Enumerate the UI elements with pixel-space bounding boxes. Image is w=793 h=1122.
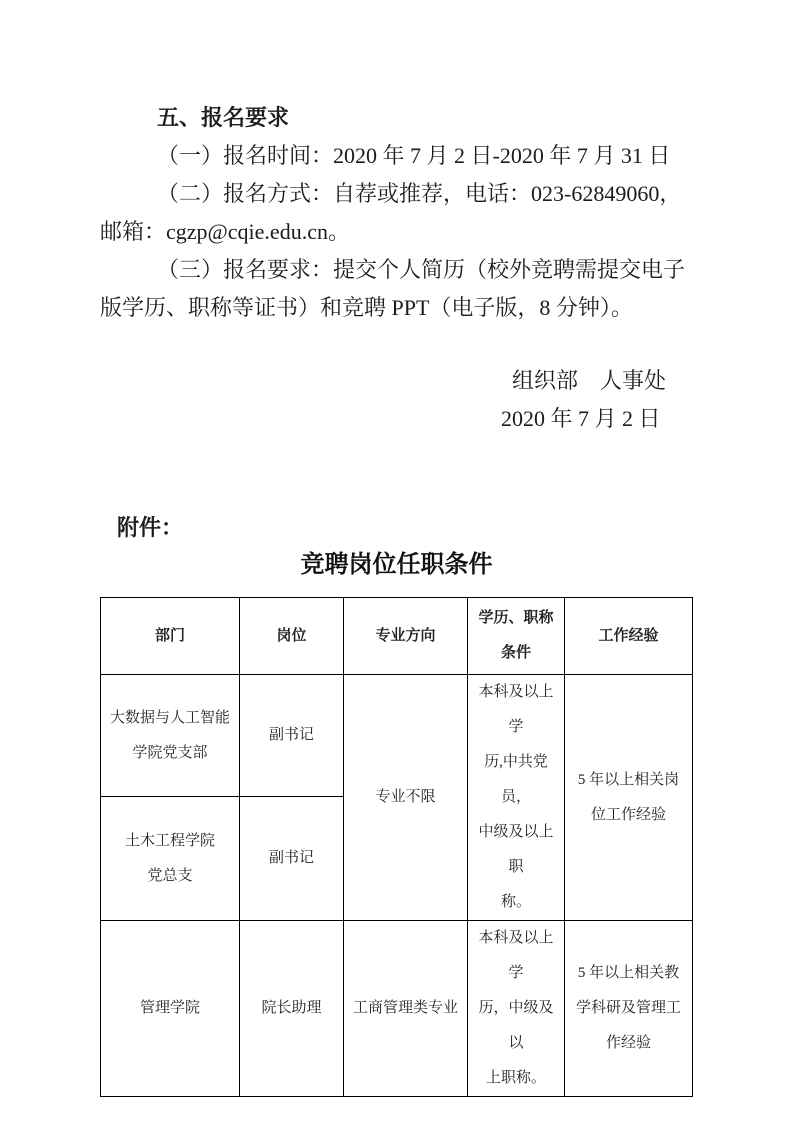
cell-department-2: 土木工程学院 党总支	[101, 797, 240, 921]
document-page: 五、报名要求 （一）报名时间：2020 年 7 月 2 日-2020 年 7 月…	[0, 0, 793, 1122]
signature-date: 2020 年 7 月 2 日	[501, 400, 661, 438]
cell-experience-merged: 5 年以上相关岗 位工作经验	[565, 675, 693, 921]
cell-qualification-merged: 本科及以上学 历,中共党员， 中级及以上职 称。	[468, 675, 565, 921]
cell-qualification-3: 本科及以上学 历，中级及以 上职称。	[468, 921, 565, 1097]
body-text: 五、报名要求 （一）报名时间：2020 年 7 月 2 日-2020 年 7 月…	[100, 99, 694, 327]
paragraph-line-2: （二）报名方式：自荐或推荐，电话：023-62849060，	[100, 175, 694, 213]
table-header-row: 部门 岗位 专业方向 学历、职称 条件 工作经验	[101, 598, 693, 675]
table-row: 大数据与人工智能 学院党支部 副书记 专业不限 本科及以上学 历,中共党员， 中…	[101, 675, 693, 797]
cell-department-3: 管理学院	[101, 921, 240, 1097]
cell-major-3: 工商管理类专业	[344, 921, 468, 1097]
section-heading: 五、报名要求	[100, 99, 694, 137]
table-row: 管理学院 院长助理 工商管理类专业 本科及以上学 历，中级及以 上职称。 5 年…	[101, 921, 693, 1097]
signature-department: 组织部 人事处	[512, 362, 666, 400]
paragraph-line-1: （一）报名时间：2020 年 7 月 2 日-2020 年 7 月 31 日	[100, 137, 694, 175]
attachment-label: 附件：	[117, 509, 183, 547]
cell-post-3: 院长助理	[240, 921, 344, 1097]
cell-post-1: 副书记	[240, 675, 344, 797]
cell-experience-3: 5 年以上相关教 学科研及管理工 作经验	[565, 921, 693, 1097]
header-cell-major: 专业方向	[344, 598, 468, 675]
header-cell-qualification: 学历、职称 条件	[468, 598, 565, 675]
header-cell-department: 部门	[101, 598, 240, 675]
cell-post-2: 副书记	[240, 797, 344, 921]
cell-department-1: 大数据与人工智能 学院党支部	[101, 675, 240, 797]
paragraph-line-5: 版学历、职称等证书）和竞聘 PPT（电子版，8 分钟）。	[100, 289, 694, 327]
cell-major-merged: 专业不限	[344, 675, 468, 921]
table-title: 竞聘岗位任职条件	[100, 546, 693, 584]
paragraph-line-3: 邮箱：cgzp@cqie.edu.cn。	[100, 213, 694, 251]
positions-table: 部门 岗位 专业方向 学历、职称 条件 工作经验 大数据与人工智能 学院党支部 …	[100, 597, 693, 1097]
header-cell-experience: 工作经验	[565, 598, 693, 675]
header-cell-post: 岗位	[240, 598, 344, 675]
paragraph-line-4: （三）报名要求：提交个人简历（校外竞聘需提交电子	[100, 251, 694, 289]
